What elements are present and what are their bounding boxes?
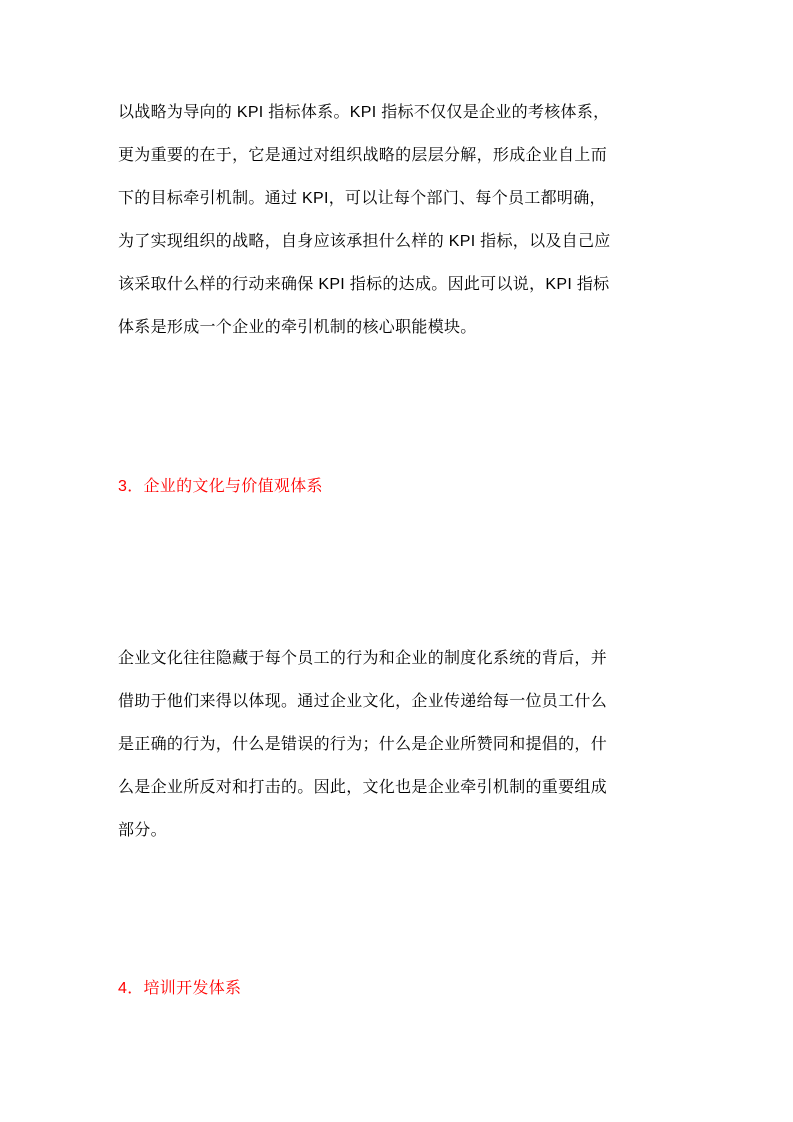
- heading-training-development: 4．培训开发体系: [118, 967, 675, 1010]
- document-page: 以战略为导向的 KPI 指标体系。KPI 指标不仅仅是企业的考核体系， 更为重要…: [0, 0, 793, 1122]
- paragraph-corporate-culture: 企业文化往往隐藏于每个员工的行为和企业的制度化系统的背后，并 借助于他们来得以体…: [118, 637, 675, 852]
- document-content: 以战略为导向的 KPI 指标体系。KPI 指标不仅仅是企业的考核体系， 更为重要…: [0, 91, 793, 1010]
- paragraph-kpi-system: 以战略为导向的 KPI 指标体系。KPI 指标不仅仅是企业的考核体系， 更为重要…: [118, 91, 675, 349]
- heading-culture-values: 3．企业的文化与价值观体系: [118, 465, 675, 508]
